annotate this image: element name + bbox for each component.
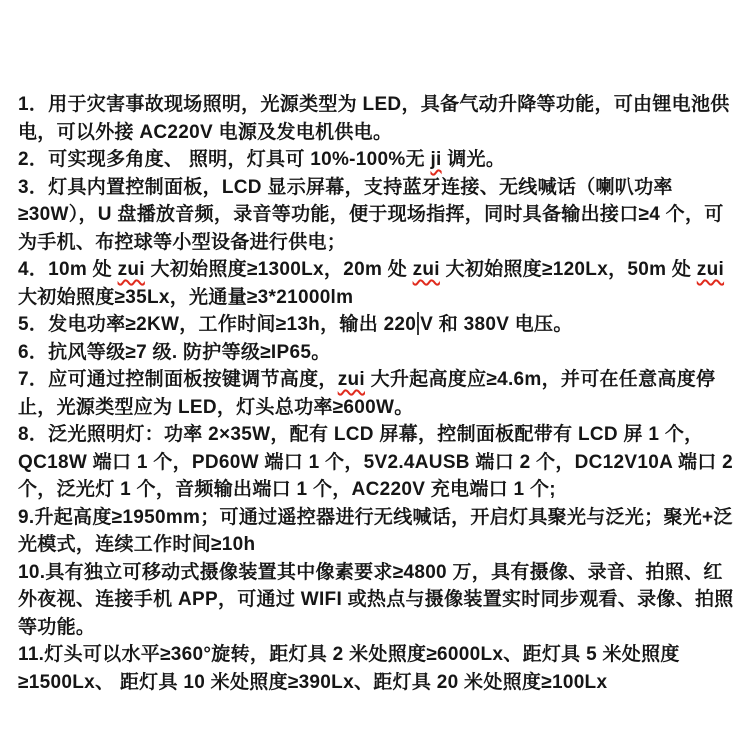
spec-item: 2．可实现多角度、 照明，灯具可 10%-100%无 ji 调光。 <box>18 146 734 174</box>
text-segment: 大初始照度≥120Lx，50m 处 <box>440 259 697 280</box>
spellcheck-word: zui <box>697 259 724 280</box>
spec-item: 6．抗风等级≥7 级. 防护等级≥IP65。 <box>18 339 734 367</box>
spec-list: 1．用于灾害事故现场照明，光源类型为 LED，具备气动升降等功能，可由锂电池供电… <box>18 91 734 696</box>
text-segment: 抗风等级≥7 级. 防护等级≥IP65。 <box>48 342 330 363</box>
item-number: 11. <box>18 644 44 665</box>
text-segment: 10m 处 <box>48 259 117 280</box>
text-segment: 可实现多角度、 照明，灯具可 10%-100%无 <box>48 149 430 170</box>
text-segment: 大初始照度≥35Lx，光通量≥3*21000lm <box>18 287 353 308</box>
spec-item: 8．泛光照明灯：功率 2×35W，配有 LCD 屏幕，控制面板配带有 LCD 屏… <box>18 421 734 504</box>
spec-item: 9.升起高度≥1950mm；可通过遥控器进行无线喊话，开启灯具聚光与泛光；聚光+… <box>18 504 734 559</box>
spec-item: 7．应可通过控制面板按键调节高度，zui 大升起高度应≥4.6m，并可在任意高度… <box>18 366 734 421</box>
text-segment: 升起高度≥1950mm；可通过遥控器进行无线喊话，开启灯具聚光与泛光；聚光+泛光… <box>18 507 733 556</box>
spellcheck-word: ji <box>430 149 441 170</box>
item-number: 2． <box>18 149 48 170</box>
item-number: 9. <box>18 507 34 528</box>
text-segment: V 和 380V 电压。 <box>420 314 572 335</box>
document-body: 1．用于灾害事故现场照明，光源类型为 LED，具备气动升降等功能，可由锂电池供电… <box>18 91 734 696</box>
spec-item: 4．10m 处 zui 大初始照度≥1300Lx，20m 处 zui 大初始照度… <box>18 256 734 311</box>
item-number: 3． <box>18 177 48 198</box>
spec-item: 1．用于灾害事故现场照明，光源类型为 LED，具备气动升降等功能，可由锂电池供电… <box>18 91 734 146</box>
item-number: 7． <box>18 369 48 390</box>
text-segment: 发电功率≥2KW，工作时间≥13h，输出 220 <box>48 314 416 335</box>
spellcheck-word: zui <box>118 259 145 280</box>
text-segment: 应可通过控制面板按键调节高度， <box>48 369 338 390</box>
spellcheck-word: zui <box>338 369 365 390</box>
spec-item: 3．灯具内置控制面板，LCD 显示屏幕，支持蓝牙连接、无线喊话（喇叭功率≥30W… <box>18 174 734 257</box>
item-number: 1． <box>18 94 48 115</box>
item-number: 8． <box>18 424 48 445</box>
text-segment: 用于灾害事故现场照明，光源类型为 LED，具备气动升降等功能，可由锂电池供电，可… <box>18 94 730 143</box>
spec-item: 10.具有独立可移动式摄像装置其中像素要求≥4800 万，具有摄像、录音、拍照、… <box>18 559 734 642</box>
item-number: 10. <box>18 562 45 583</box>
text-segment: 大初始照度≥1300Lx，20m 处 <box>145 259 413 280</box>
text-segment: 泛光照明灯：功率 2×35W，配有 LCD 屏幕，控制面板配带有 LCD 屏 1… <box>18 424 733 500</box>
spec-item: 11.灯头可以水平≥360°旋转，距灯具 2 米处照度≥6000Lx、距灯具 5… <box>18 641 734 696</box>
text-caret <box>417 312 419 335</box>
spellcheck-word: zui <box>413 259 440 280</box>
item-number: 5． <box>18 314 48 335</box>
text-segment: 灯具内置控制面板，LCD 显示屏幕，支持蓝牙连接、无线喊话（喇叭功率≥30W），… <box>18 177 724 253</box>
text-segment: 调光。 <box>442 149 505 170</box>
text-segment: 灯头可以水平≥360°旋转，距灯具 2 米处照度≥6000Lx、距灯具 5 米处… <box>18 644 680 693</box>
text-segment: 具有独立可移动式摄像装置其中像素要求≥4800 万，具有摄像、录音、拍照、红外夜… <box>18 562 734 638</box>
spec-item: 5．发电功率≥2KW，工作时间≥13h，输出 220V 和 380V 电压。 <box>18 311 734 339</box>
item-number: 4． <box>18 259 48 280</box>
item-number: 6． <box>18 342 48 363</box>
